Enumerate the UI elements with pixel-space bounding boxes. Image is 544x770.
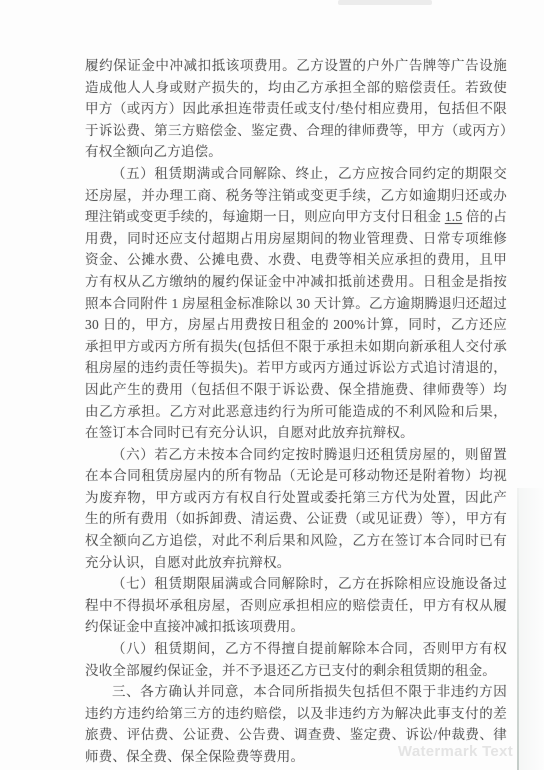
- watermark-text: Watermark Text: [398, 743, 513, 760]
- clause-5-text-post: 倍的占用费，同时还应支付超期占用房屋期间的物业管理费、日常专项维修资金、公摊水费…: [85, 209, 507, 440]
- scan-artifact-top: [338, 0, 432, 5]
- clause-5-text-pre: （五）租赁期满或合同解除、终止，乙方应按合同约定的期限交还房屋，并办理工商、税务…: [85, 166, 507, 224]
- scanned-contract-page: 履约保证金中冲减扣抵该项费用。乙方设置的户外广告牌等广告设施造成他人人身或财产损…: [0, 0, 544, 770]
- contract-text-block: 履约保证金中冲减扣抵该项费用。乙方设置的户外广告牌等广告设施造成他人人身或财产损…: [85, 55, 507, 768]
- clause-7-paragraph: （七）租赁期限届满或合同解除时，乙方在拆除相应设施设备过程中不得损坏承租房屋，否…: [85, 573, 507, 638]
- clause-5-underlined-multiplier: 1.5: [445, 209, 462, 224]
- clause-6-paragraph: （六）若乙方未按本合同约定按时腾退归还租赁房屋的，则留置在本合同租赁房屋内的所有…: [85, 444, 507, 574]
- scan-edge-shade: [519, 488, 544, 770]
- clause-8-paragraph: （八）租赁期间，乙方不得擅自提前解除本合同，否则甲方有权没收全部履约保证金，并不…: [85, 638, 507, 681]
- paragraph-continuation: 履约保证金中冲减扣抵该项费用。乙方设置的户外广告牌等广告设施造成他人人身或财产损…: [85, 55, 507, 163]
- clause-5-paragraph: （五）租赁期满或合同解除、终止，乙方应按合同约定的期限交还房屋，并办理工商、税务…: [85, 163, 507, 444]
